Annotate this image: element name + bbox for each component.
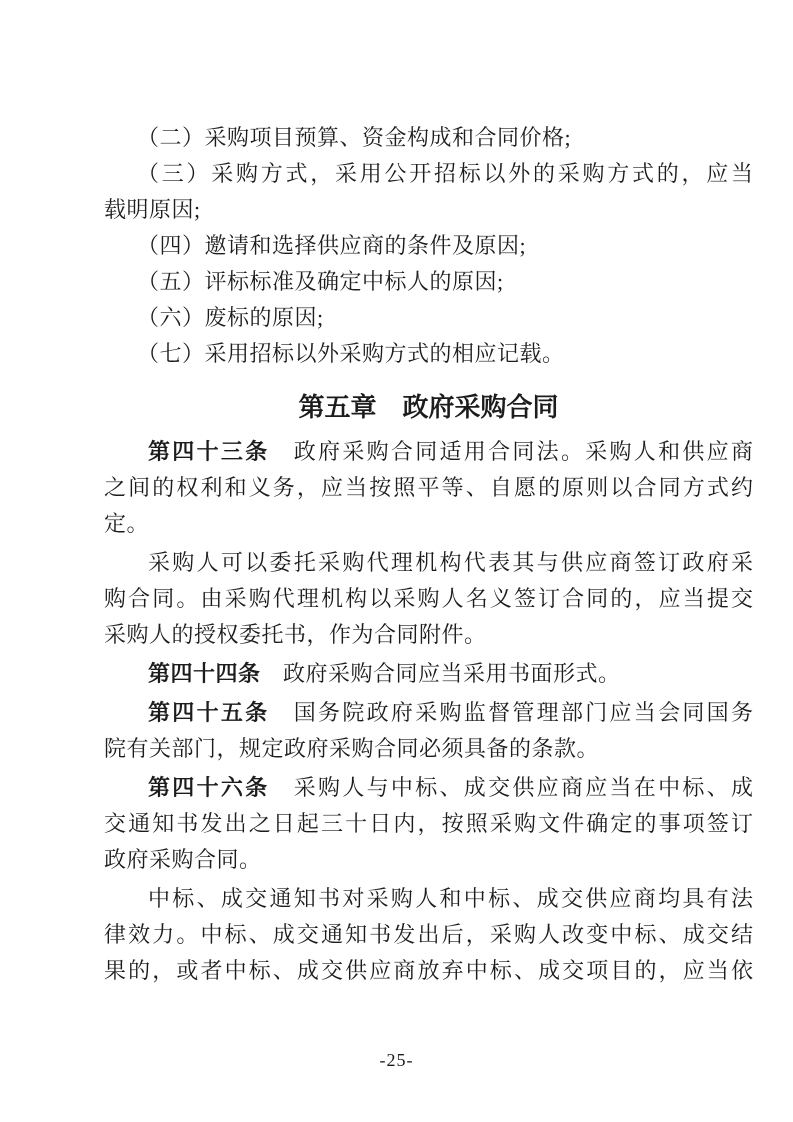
page-number: -25- xyxy=(0,1050,793,1071)
text-line: 采购人可以委托采购代理机构代表其与供应商签订政府采 xyxy=(104,545,753,581)
text-line: （四）邀请和选择供应商的条件及原因; xyxy=(104,228,753,264)
text-line: 购合同。由采购代理机构以采购人名义签订合同的，应当提交 xyxy=(104,581,753,617)
text-line: 交通知书发出之日起三十日内，按照采购文件确定的事项签订 xyxy=(104,806,753,842)
text-line: 政府采购合同。 xyxy=(104,842,753,878)
article-number: 第四十六条 xyxy=(148,775,269,800)
text-line: 第四十六条 采购人与中标、成交供应商应当在中标、成 xyxy=(104,770,753,806)
text-line: 律效力。中标、成交通知书发出后，采购人改变中标、成交结 xyxy=(104,917,753,953)
text-line: 定。 xyxy=(104,506,753,542)
text-line: 载明原因; xyxy=(104,192,753,228)
text-line: （七）采用招标以外采购方式的相应记载。 xyxy=(104,336,753,372)
text-line: （五）评标标准及确定中标人的原因; xyxy=(104,264,753,300)
page-content: （二）采购项目预算、资金构成和合同价格;（三）采购方式，采用公开招标以外的采购方… xyxy=(104,120,753,989)
text-line: 采购人的授权委托书，作为合同附件。 xyxy=(104,617,753,653)
text-line: （三）采购方式，采用公开招标以外的采购方式的，应当 xyxy=(104,156,753,192)
text-line: 果的，或者中标、成交供应商放弃中标、成交项目的，应当依 xyxy=(104,953,753,989)
text-line: 第四十五条 国务院政府采购监督管理部门应当会同国务 xyxy=(104,695,753,731)
chapter-heading: 第五章 政府采购合同 xyxy=(104,386,753,428)
text-line: 第四十四条 政府采购合同应当采用书面形式。 xyxy=(104,656,753,692)
text-line: 院有关部门，规定政府采购合同必须具备的条款。 xyxy=(104,731,753,767)
text-line: （六）废标的原因; xyxy=(104,300,753,336)
text-line: 中标、成交通知书对采购人和中标、成交供应商均具有法 xyxy=(104,881,753,917)
text-line: 第四十三条 政府采购合同适用合同法。采购人和供应商 xyxy=(104,434,753,470)
article-number: 第四十三条 xyxy=(148,439,269,464)
document-page: （二）采购项目预算、资金构成和合同价格;（三）采购方式，采用公开招标以外的采购方… xyxy=(0,0,793,1122)
article-number: 第四十五条 xyxy=(148,700,269,725)
text-line: （二）采购项目预算、资金构成和合同价格; xyxy=(104,120,753,156)
article-number: 第四十四条 xyxy=(148,661,261,686)
text-line: 之间的权利和义务，应当按照平等、自愿的原则以合同方式约 xyxy=(104,470,753,506)
